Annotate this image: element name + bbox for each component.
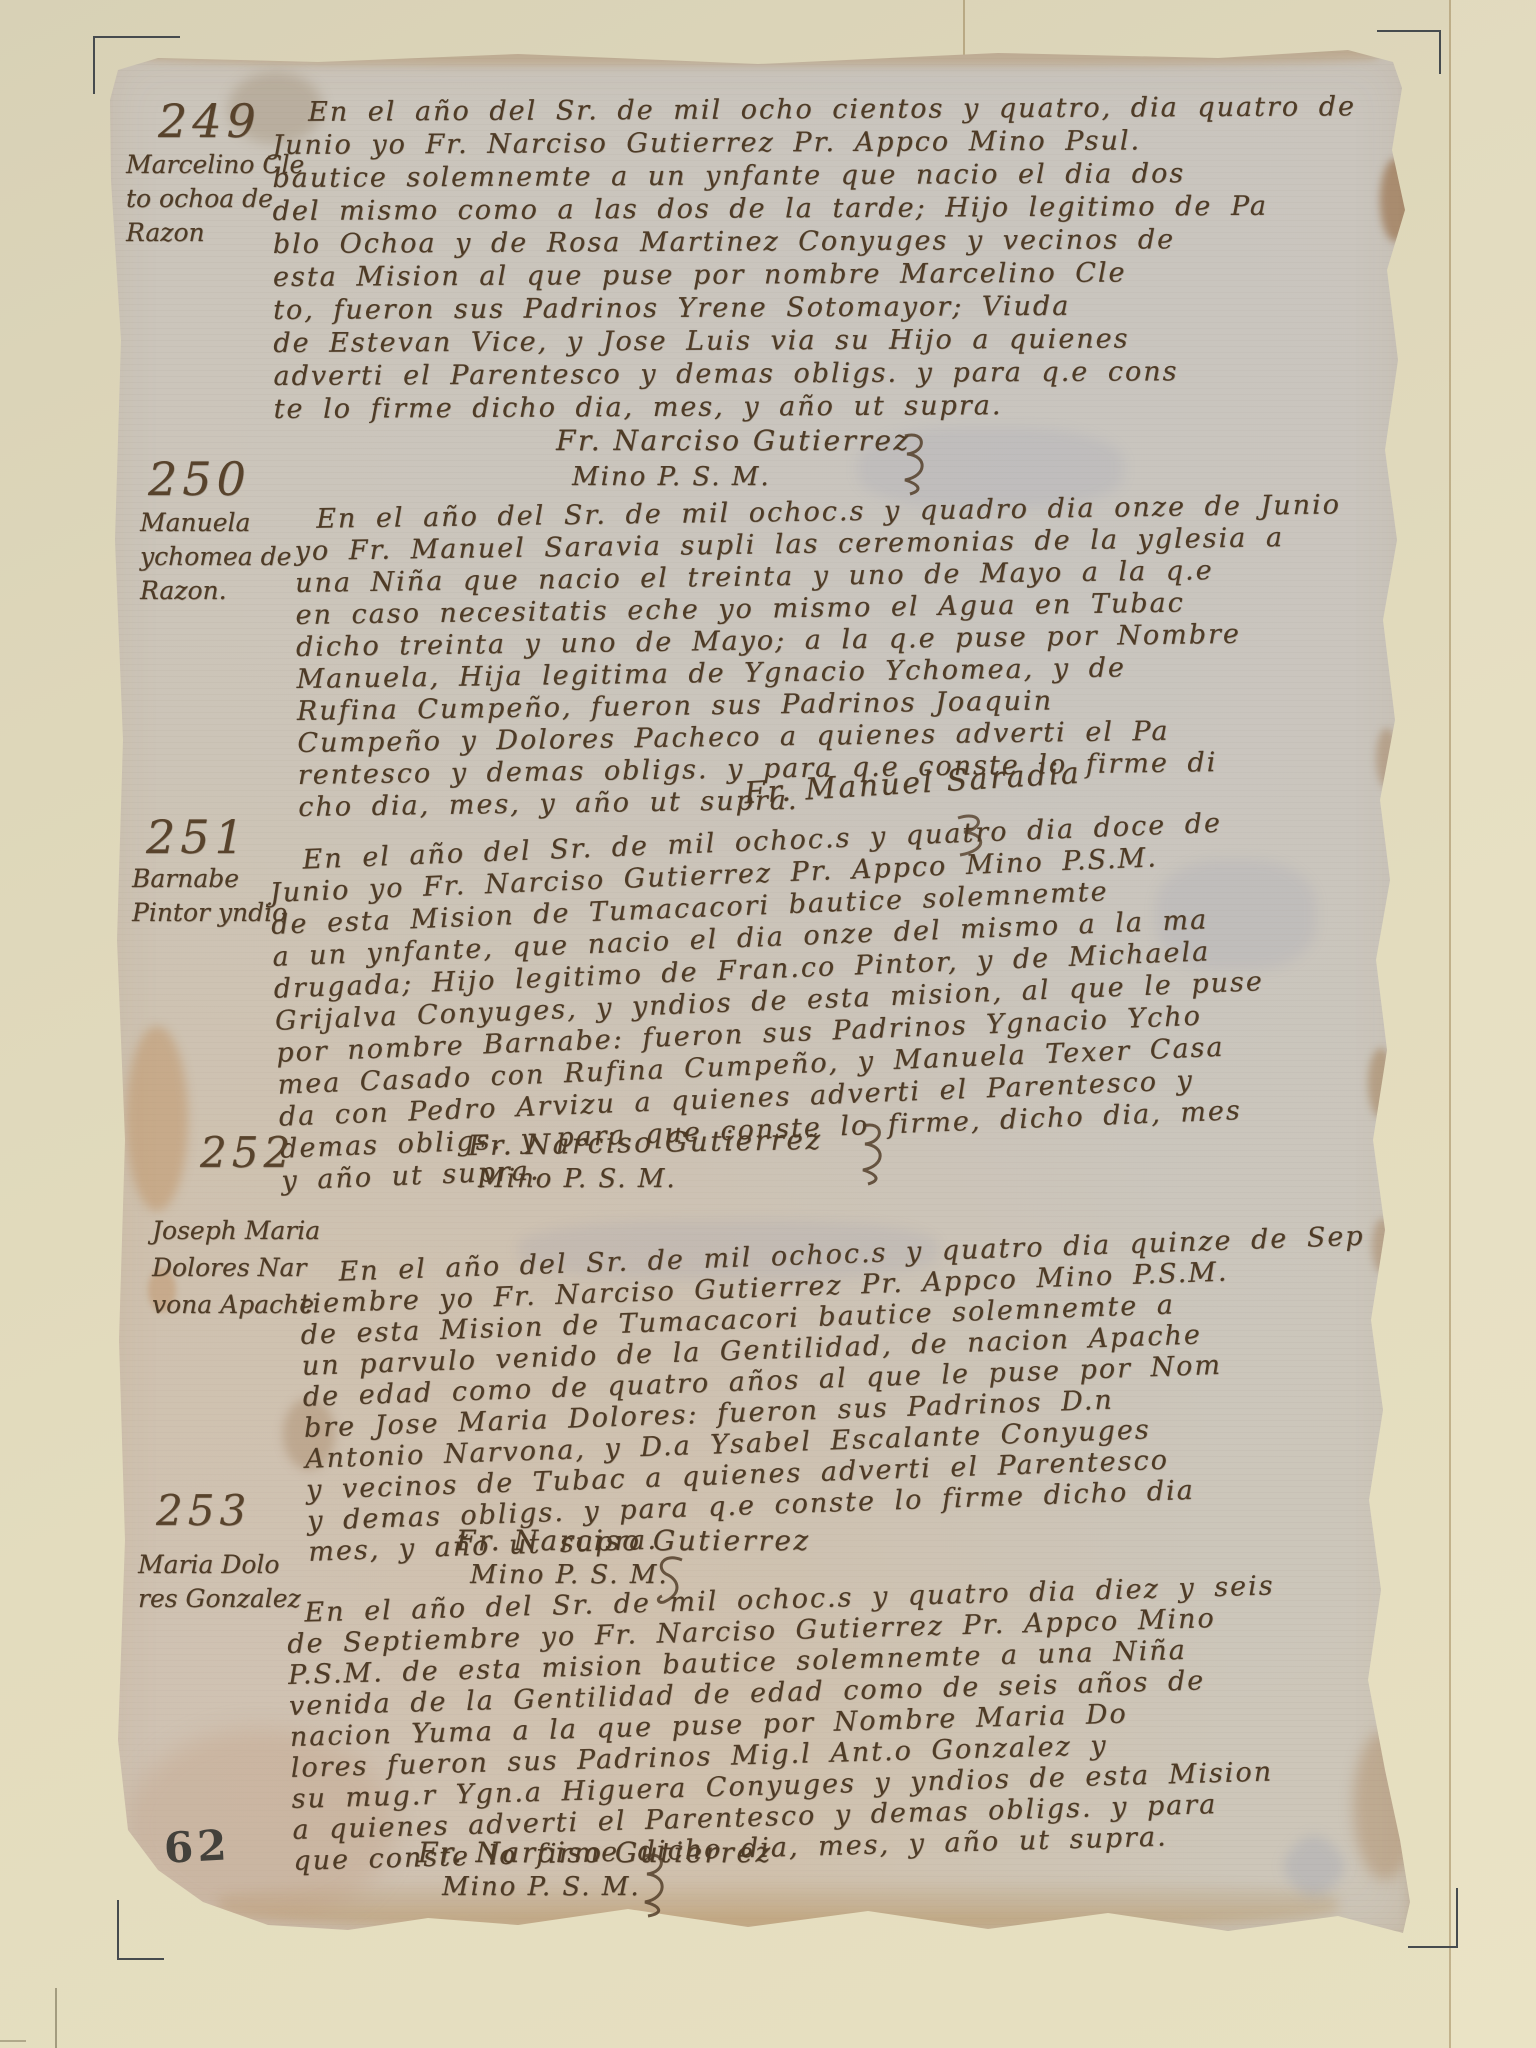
entry-margin-name: Joseph MariaDolores Narvona Apache	[152, 1212, 320, 1323]
entry-number: 250	[148, 452, 251, 506]
backing-board-crease	[963, 0, 965, 56]
manuscript-line: Razon.	[140, 574, 291, 608]
manuscript-line: ychomea de	[140, 540, 291, 574]
photographed-manuscript-page: 249 Marcelino Cleto ochoa deRazon En el …	[0, 0, 1536, 2048]
priest-signature: Fr. Narciso Gutierrez	[418, 1836, 773, 1869]
backing-board-right-panel	[1451, 0, 1536, 2048]
edge-stain	[1376, 728, 1398, 788]
foxing-spot	[126, 1026, 188, 1211]
manuscript-line: te lo firme dicho dia, mes, y año ut sup…	[274, 387, 1358, 426]
edge-stain	[1368, 1048, 1394, 1118]
priest-title: Mino P. S. M.	[478, 1164, 677, 1194]
priest-signature: Fr. Narciso Gutierrez	[456, 1524, 811, 1557]
manuscript-line: Barnabe	[132, 862, 287, 896]
top-edge-browning	[138, 40, 1378, 66]
entry-number: 249	[158, 94, 261, 148]
entry-number: 251	[146, 810, 249, 864]
entry-body-text: En el año del Sr. de mil ocho cientos y …	[272, 90, 1358, 426]
entry-margin-name: Maria Dolores Gonzalez	[138, 1548, 301, 1616]
edge-stain	[1380, 158, 1412, 242]
corner-registration-mark-bottom-right	[1408, 1888, 1458, 1948]
edge-stain	[1372, 1218, 1394, 1274]
priest-signature: Fr. Narciso Gutierrez	[556, 424, 911, 457]
manuscript-line: Joseph Maria	[152, 1212, 320, 1249]
bottom-edge-browning	[218, 1878, 1338, 1930]
signature-rubric-icon	[638, 1848, 672, 1920]
entry-body-text: En el año del Sr. de mil ochoc.s y quatr…	[298, 1221, 1375, 1568]
priest-title: Mino P. S. M.	[470, 1560, 669, 1590]
manuscript-line: Dolores Nar	[152, 1249, 320, 1286]
priest-title: Mino P. S. M.	[442, 1872, 641, 1902]
corner-registration-mark-bottom-left	[117, 1900, 164, 1960]
edge-stain	[1353, 1730, 1417, 1880]
manuscript-line: vona Apache	[152, 1286, 320, 1323]
entry-margin-name: Manuelaychomea deRazon.	[140, 506, 291, 608]
backing-board-corner-line	[0, 2040, 26, 2042]
folio-page-number: 62	[163, 1820, 232, 1872]
signature-rubric-icon	[856, 1118, 890, 1188]
priest-title: Mino P. S. M.	[572, 462, 771, 492]
manuscript-line: En el año del Sr. de mil ocho cientos y …	[272, 90, 1356, 129]
signature-rubric-icon	[898, 428, 932, 498]
entry-number: 253	[156, 1486, 251, 1535]
entry-number: 252	[200, 1128, 295, 1177]
entry-margin-name: BarnabePintor yndio	[132, 862, 287, 930]
manuscript-line: Maria Dolo	[138, 1548, 301, 1582]
entry-body-text: En el año del Sr. de mil ochoc.s y quatr…	[286, 1570, 1282, 1876]
backing-board-corner-line	[55, 1988, 57, 2048]
manuscript-line: Manuela	[140, 506, 291, 540]
manuscript-line: res Gonzalez	[138, 1582, 301, 1616]
priest-signature: Fr. Narciso Gutierrez	[468, 1123, 823, 1162]
manuscript-line: del mismo como a las dos de la tarde; Hi…	[273, 189, 1357, 228]
manuscript-line: Pintor yndio	[132, 896, 287, 930]
